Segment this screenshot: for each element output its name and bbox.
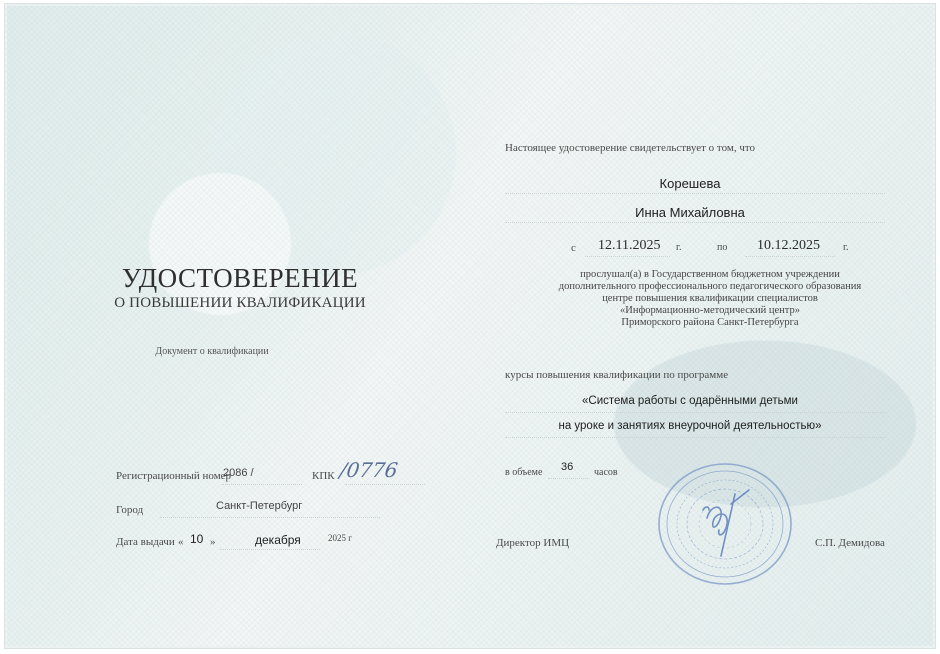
city-value: Санкт-Петербург (216, 500, 302, 512)
volume-unit: часов (594, 467, 618, 478)
certificate-title: УДОСТОВЕРЕНИЕ (0, 263, 480, 294)
issue-day: 10 (190, 532, 203, 546)
document-kind: Документ о квалификации (0, 346, 424, 357)
handwritten-registration-number: /0776 (338, 458, 399, 482)
intro-text: Настоящее удостоверение свидетельствует … (505, 142, 755, 154)
issue-date-open-quote: « (178, 536, 184, 548)
period-from-date: 12.11.2025 (598, 238, 660, 254)
period-year-suffix-2: г. (843, 242, 848, 253)
city-label: Город (116, 504, 143, 516)
registration-label: Регистрационный номер (116, 470, 231, 482)
issue-month: декабря (255, 533, 301, 547)
institution-line: прослушал(а) в Государственном бюджетном… (500, 269, 920, 281)
registration-number: 2086 / (223, 467, 254, 479)
program-title-line-2: на уроке и занятиях внеурочной деятельно… (480, 420, 900, 432)
volume-label: в объеме (505, 467, 542, 478)
round-seal-stamp-icon (655, 460, 795, 588)
signatory-position: Директор ИМЦ (496, 537, 569, 549)
holder-surname: Корешева (480, 176, 900, 191)
institution-block: прослушал(а) в Государственном бюджетном… (500, 269, 920, 329)
institution-line: дополнительного профессионального педаго… (500, 281, 920, 293)
issue-date-label: Дата выдачи (116, 536, 175, 548)
signatory-name: С.П. Демидова (815, 537, 885, 549)
institution-line: центре повышения квалификации специалист… (500, 293, 920, 305)
program-title-line-1: «Система работы с одарёнными детьми (480, 395, 900, 407)
volume-hours: 36 (561, 461, 573, 473)
holder-given-names: Инна Михайловна (480, 205, 900, 220)
institution-line: «Информационно-методический центр» (500, 305, 920, 317)
kpk-label: КПК (312, 470, 335, 482)
program-label: курсы повышения квалификации по программ… (505, 369, 728, 381)
issue-date-close-quote: » (210, 536, 216, 548)
certificate-subtitle: О ПОВЫШЕНИИ КВАЛИФИКАЦИИ (0, 295, 480, 312)
institution-line: Приморского района Санкт-Петербурга (500, 317, 920, 329)
period-year-suffix-1: г. (676, 242, 681, 253)
issue-year: 2025 г (328, 533, 352, 543)
period-to-label: по (717, 242, 727, 253)
period-to-date: 10.12.2025 (757, 238, 820, 254)
period-from-label: с (571, 242, 576, 254)
